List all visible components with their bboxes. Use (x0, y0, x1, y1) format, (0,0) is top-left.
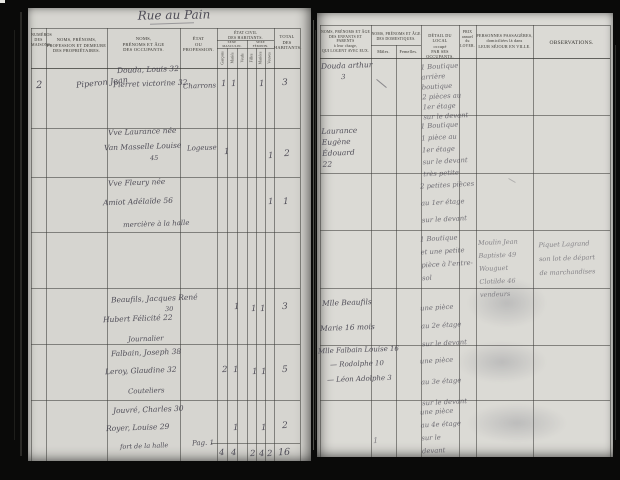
total-maries: 4 (231, 448, 237, 458)
stat-value: 1 (251, 304, 257, 314)
column-header-filles: Filles (249, 54, 254, 63)
stat-value: 1 (233, 423, 239, 433)
column-header-sexe-feminin: SEXE FÉMININ. (247, 41, 274, 48)
table-line-vertical (533, 25, 534, 457)
page-note: Pag. 1 (192, 439, 214, 448)
left-page: Rue au Pain NUMÉROS DES MAISONS. NOMS, P… (28, 8, 311, 461)
table-line-vertical (274, 28, 275, 461)
right-page: NOMS, PRÉNOMS ET ÂGE DES ENFANTS ET PARE… (317, 13, 613, 457)
dwelling-detail: 2 petites pièces au 1er étage sur le dev… (420, 176, 481, 230)
occupant-line: Douda, Louis 32 (117, 64, 179, 75)
total-veuves: 2 (267, 449, 273, 459)
occupant-line: Vve Laurance née (108, 126, 177, 137)
table-line-vertical (396, 45, 397, 457)
total-filles: 2 (250, 449, 256, 459)
column-header-local: DÉTAIL DU LOCAL occupé PAR SES OCCUPANTS… (421, 33, 459, 59)
stat-value: 1 (261, 367, 267, 377)
column-header-domestiques: NOMS, PRÉNOMS ET ÂGE DES DOMESTIQUES. (371, 32, 421, 41)
column-header-males: Mâles. (371, 49, 396, 54)
occupant-line: Vve Fleury née (108, 177, 166, 188)
child-name: — Léon Adolphe 3 (327, 374, 392, 384)
column-header-total: TOTAL DES HABITANTS. (274, 34, 300, 51)
column-header-veufs: Veufs (240, 53, 245, 62)
occupant-line: Royer, Louise 29 (106, 422, 170, 433)
profession: Journalier (128, 334, 164, 343)
column-header-mariees: Mariées (258, 52, 263, 65)
occupant-line: Amiot Adélaïde 56 (103, 196, 173, 207)
occupant-line: Pierret victorine 32 (113, 78, 188, 90)
table-line-vertical (107, 28, 108, 461)
column-header-prix: PRIX annuel du LOYER. (459, 30, 476, 49)
column-header-maries: Mariés (230, 52, 235, 63)
total-garcons: 4 (219, 448, 225, 458)
occupant-line: Van Masselle Louise (104, 141, 182, 153)
row-total: 1 (283, 197, 289, 207)
table-line-horizontal (31, 28, 300, 29)
profession: Logeuse (187, 143, 217, 152)
row-total: 3 (282, 302, 288, 312)
row-total: 5 (282, 365, 288, 375)
scan-corner-speck (0, 0, 5, 3)
stat-value: 1 (261, 423, 267, 433)
street-title: Rue au Pain (128, 7, 220, 23)
child-name: Douda arthur (321, 60, 373, 71)
child-name: — Rodolphe 10 (330, 359, 384, 369)
occupant-line: Leroy, Glaudine 32 (105, 365, 177, 376)
stat-value: 1 (233, 365, 239, 375)
table-line-vertical (371, 25, 372, 457)
column-header-etat-civil: ÉTAT CIVIL DES HABITANTS. (217, 30, 274, 40)
profession: Charrons (183, 81, 216, 90)
table-line-vertical (217, 28, 218, 461)
stray-pencil-mark (508, 178, 515, 183)
table-line-horizontal (31, 344, 300, 345)
column-header-passageres: PERSONNES PASSAGÈRES, domiciliées là dan… (476, 33, 533, 49)
column-header-femelles: Femelles. (396, 49, 421, 54)
scanned-census-register: Rue au Pain NUMÉROS DES MAISONS. NOMS, P… (0, 0, 620, 480)
dwelling-detail: 1 Boutique arrière boutique 2 pièces au … (420, 60, 478, 123)
house-number: 2 (36, 80, 43, 91)
table-line-horizontal (320, 58, 610, 59)
row-total: 2 (284, 149, 290, 159)
ditto-slash-mark (376, 79, 387, 88)
table-line-vertical (300, 28, 301, 461)
stat-value: 2 (222, 365, 228, 375)
table-line-horizontal (320, 288, 610, 289)
total-mariees: 4 (259, 449, 265, 459)
column-header-maisons: NUMÉROS DES MAISONS. (31, 32, 46, 47)
stat-value: 1 (224, 147, 230, 157)
page-stack-edge (20, 12, 22, 456)
ink-bleed (467, 403, 567, 443)
stat-value: 1 (268, 151, 274, 161)
observation-note: Piquet Lagrand son lot de départ de marc… (538, 236, 607, 280)
stat-value: 1 (234, 302, 240, 312)
child-name: Mlle Beaufils (322, 297, 372, 308)
table-line-horizontal (371, 45, 421, 46)
column-header-garcons: Garçons (220, 51, 225, 64)
table-line-horizontal (31, 400, 300, 401)
column-header-observations: OBSERVATIONS. (533, 40, 610, 47)
profession: fort de la halle (120, 441, 169, 451)
page-stack-edge (14, 30, 15, 440)
table-line-vertical (610, 25, 611, 457)
child-name: Laurance Eugène Édouard 22 (321, 124, 375, 170)
table-line-horizontal (31, 177, 300, 178)
stat-value: 1 (231, 79, 237, 89)
ink-bleed (457, 341, 547, 383)
table-line-vertical (320, 25, 321, 457)
dwelling-detail: 1 Boutique 1 pièce au 1er étage sur le d… (420, 118, 478, 181)
column-header-enfants: NOMS, PRÉNOMS ET ÂGE DES ENFANTS ET PARE… (320, 30, 371, 54)
occupant-line: Hubert Félicité 22 (103, 313, 173, 324)
column-header-sexe-masculin: SEXE MASCULIN. (217, 41, 247, 48)
column-header-occupants: NOMS, PRÉNOMS ET ÂGE DES OCCUPANTS. (107, 36, 180, 53)
stat-value: 1 (252, 367, 258, 377)
table-line-horizontal (320, 25, 610, 26)
profession: Couteliers (128, 386, 165, 395)
table-line-horizontal (31, 232, 300, 233)
servant-count: 1 (373, 436, 378, 445)
table-line-horizontal (31, 288, 300, 289)
ink-bleed (467, 278, 547, 328)
column-header-veuves: Veuves (267, 52, 272, 64)
row-total: 3 (282, 78, 288, 88)
title-underline-flourish (150, 22, 194, 25)
column-header-etat: ÉTAT OU PROFESSION. (180, 36, 217, 53)
occupant-line: Falbain, Joseph 38 (111, 347, 181, 358)
table-line-vertical (31, 28, 32, 461)
table-line-vertical (247, 40, 248, 461)
gutter-page-edge (315, 30, 316, 440)
occupant-line: Beaufils, Jacques René (111, 292, 198, 304)
row-total: 2 (282, 421, 288, 431)
table-line-horizontal (211, 443, 300, 444)
right-book-edge (615, 45, 616, 440)
stat-value: 1 (221, 79, 227, 89)
stat-value: 1 (260, 304, 266, 314)
table-line-vertical (46, 28, 47, 461)
grand-total: 16 (278, 447, 290, 458)
child-name: Marie 16 mois (320, 322, 375, 333)
stat-value: 1 (268, 197, 274, 207)
occupant-age: 45 (150, 154, 159, 162)
column-header-proprietaires: NOMS, PRÉNOMS, PROFESSION ET DEMEURE DES… (46, 37, 107, 54)
child-name: Mlle Falbain Louise 16 (318, 345, 399, 356)
table-line-horizontal (217, 48, 274, 49)
child-age: 3 (341, 73, 346, 81)
table-line-vertical (180, 28, 181, 461)
stat-value: 1 (259, 79, 265, 89)
occupant-line: Jouvré, Charles 30 (113, 404, 184, 415)
gutter-page-edge (313, 20, 314, 450)
